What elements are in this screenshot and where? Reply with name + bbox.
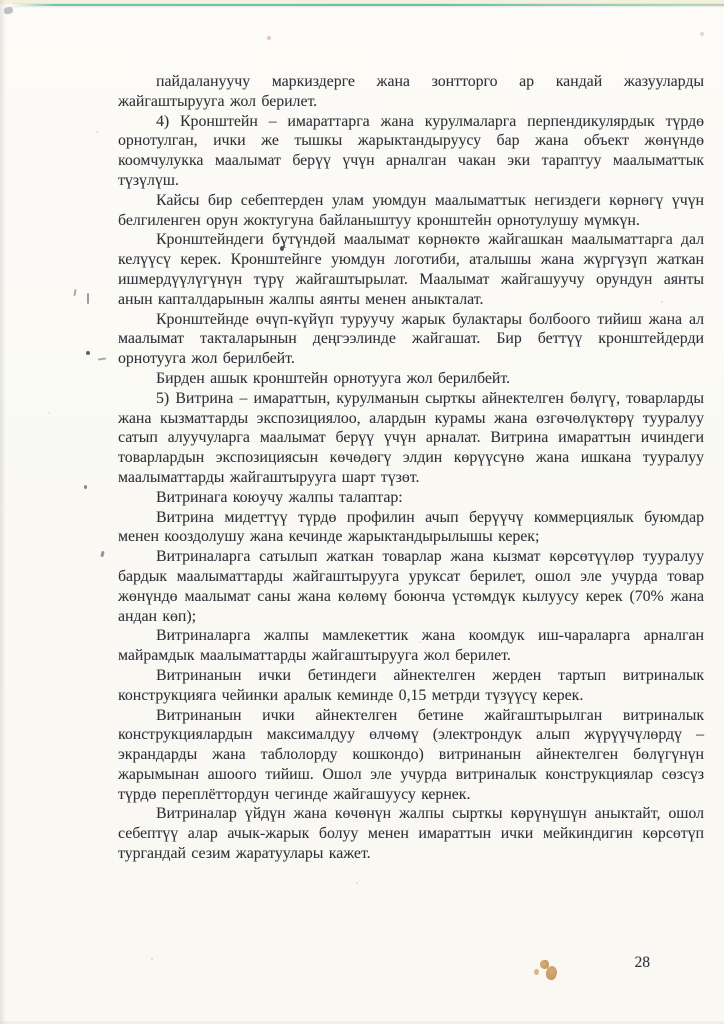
paragraph: Витриналарга жалпы мамлекеттик жана коом… <box>118 626 704 666</box>
scan-edge-shadow-left <box>0 0 6 1024</box>
paragraph: Витриналар үйдүн жана көчөнүн жалпы сырт… <box>118 804 704 863</box>
paragraph: 5) Витрина – имараттын, курулманын сыртк… <box>118 389 704 488</box>
margin-tick-mark <box>87 293 89 304</box>
ink-dot-mark <box>280 246 284 251</box>
paragraph: пайдалануучу маркиздерге жана зонтторго … <box>118 72 704 112</box>
paragraph: Кайсы бир себептерден улам уюмдун маалым… <box>118 191 704 231</box>
paragraph: Бирден ашык кронштейн орнотууга жол бери… <box>118 369 704 389</box>
paragraph: Витринанын ички бетиндеги айнектелген же… <box>118 666 704 706</box>
document-body: пайдалануучу маркиздерге жана зонтторго … <box>118 72 704 864</box>
scanner-edge-line <box>12 4 724 6</box>
paper-stain <box>534 969 539 975</box>
corner-speck <box>3 6 14 15</box>
margin-dash-mark <box>98 357 106 360</box>
paragraph: Витриналарга сатылып жаткан товарлар жан… <box>118 547 704 626</box>
margin-tick-mark <box>73 289 76 296</box>
paragraph: Витринага коюучу жалпы талаптар: <box>118 488 704 508</box>
margin-speck-mark <box>84 485 87 489</box>
dust-specks <box>0 0 2 2</box>
page-number: 28 <box>635 954 651 972</box>
paragraph: Кронштейнде өчүп-күйүп туруучу жарык бул… <box>118 310 704 369</box>
margin-apostrophe-mark <box>100 551 104 558</box>
paragraph: 4) Кронштейн – имараттарга жана курулмал… <box>118 112 704 191</box>
paragraph: Витрина мидеттүү түрдө профилин ачып бер… <box>118 508 704 548</box>
scanned-document-page: пайдалануучу маркиздерге жана зонтторго … <box>0 0 724 1024</box>
margin-star-mark <box>86 351 90 355</box>
paragraph: Витринанын ички айнектелген бетине жайга… <box>118 706 704 805</box>
paragraph: Кронштейндеги бүтүндөй маалымат көрнөктө… <box>118 230 704 309</box>
